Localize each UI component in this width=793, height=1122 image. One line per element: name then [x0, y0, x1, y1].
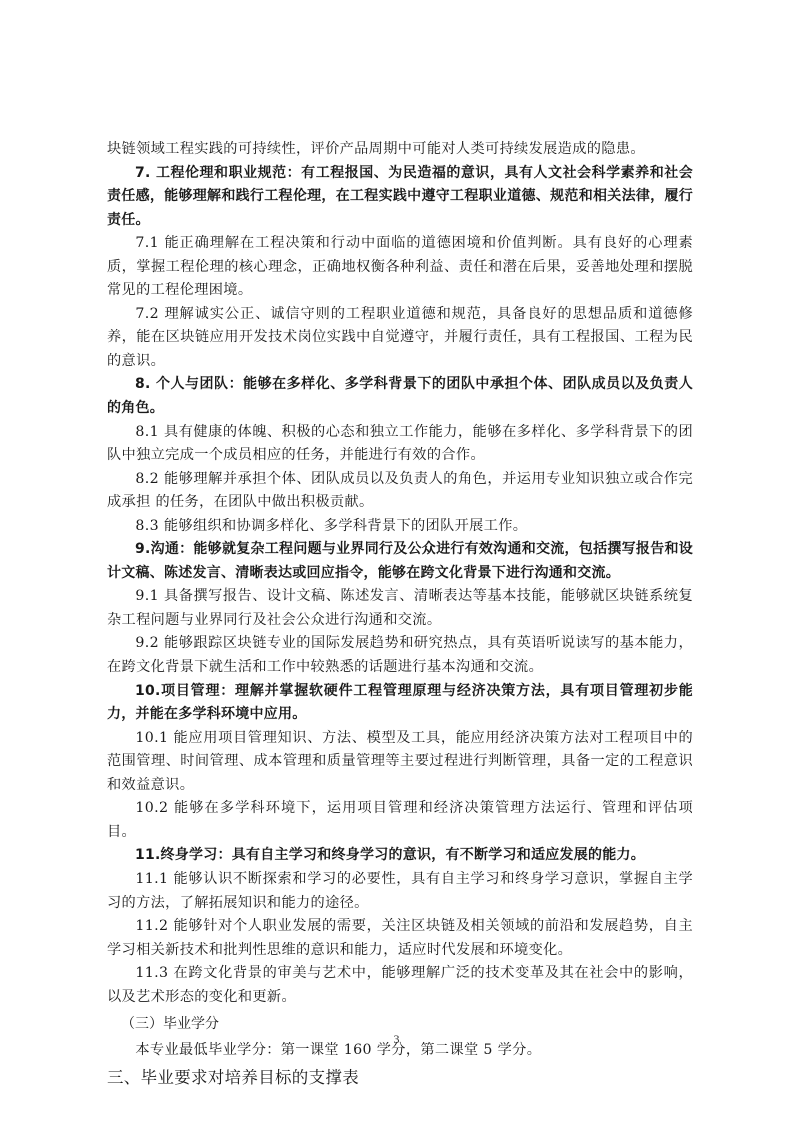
requirement-7-2: 7.2 理解诚实公正、诚信守则的工程职业道德和规范，具备良好的思想品质和道德修养…	[107, 303, 693, 374]
document-page: 块链领域工程实践的可持续性，评价产品周期中可能对人类可持续发展造成的隐患。 7.…	[107, 138, 693, 1091]
requirement-9-heading: 9.沟通：能够就复杂工程问题与业界同行及公众进行有效沟通和交流，包括撰写报告和设…	[107, 538, 693, 585]
requirement-11-2: 11.2 能够针对个人职业发展的需要，关注区块链及相关领域的前沿和发展趋势，自主…	[107, 915, 693, 962]
page-number: 3	[0, 1032, 793, 1047]
requirement-10-1: 10.1 能应用项目管理知识、方法、模型及工具，能应用经济决策方法对工程项目中的…	[107, 727, 693, 798]
requirement-11-3: 11.3 在跨文化背景的审美与艺术中，能够理解广泛的技术变革及其在社会中的影响，…	[107, 962, 693, 1009]
section-heading: 三、毕业要求对培养目标的支撑表	[107, 1065, 693, 1091]
requirement-9-2: 9.2 能够跟踪区块链专业的国际发展趋势和研究热点，具有英语听说读写的基本能力，…	[107, 632, 693, 679]
requirement-7-heading: 7. 工程伦理和职业规范：有工程报国、为民造福的意识，具有人文社会科学素养和社会…	[107, 162, 693, 233]
requirement-10-2: 10.2 能够在多学科环境下，运用项目管理和经济决策管理方法运行、管理和评估项目…	[107, 797, 693, 844]
requirement-11-1: 11.1 能够认识不断探索和学习的必要性，具有自主学习和终身学习意识，掌握自主学…	[107, 868, 693, 915]
requirement-7-1: 7.1 能正确理解在工程决策和行动中面临的道德困境和价值判断。具有良好的心理素质…	[107, 232, 693, 303]
requirement-9-1: 9.1 具备撰写报告、设计文稿、陈述发言、清晰表达等基本技能，能够就区块链系统复…	[107, 585, 693, 632]
requirement-8-2: 8.2 能够理解并承担个体、团队成员以及负责人的角色，并运用专业知识独立或合作完…	[107, 468, 693, 515]
requirement-8-1: 8.1 具有健康的体魄、积极的心态和独立工作能力，能够在多样化、多学科背景下的团…	[107, 421, 693, 468]
requirement-10-heading: 10.项目管理：理解并掌握软硬件工程管理原理与经济决策方法，具有项目管理初步能力…	[107, 680, 693, 727]
continuation-paragraph: 块链领域工程实践的可持续性，评价产品周期中可能对人类可持续发展造成的隐患。	[107, 138, 693, 162]
requirement-8-3: 8.3 能够组织和协调多样化、多学科背景下的团队开展工作。	[107, 515, 693, 539]
requirement-8-heading: 8. 个人与团队：能够在多样化、多学科背景下的团队中承担个体、团队成员以及负责人…	[107, 373, 693, 420]
requirement-11-heading: 11.终身学习：具有自主学习和终身学习的意识，有不断学习和适应发展的能力。	[107, 844, 693, 868]
